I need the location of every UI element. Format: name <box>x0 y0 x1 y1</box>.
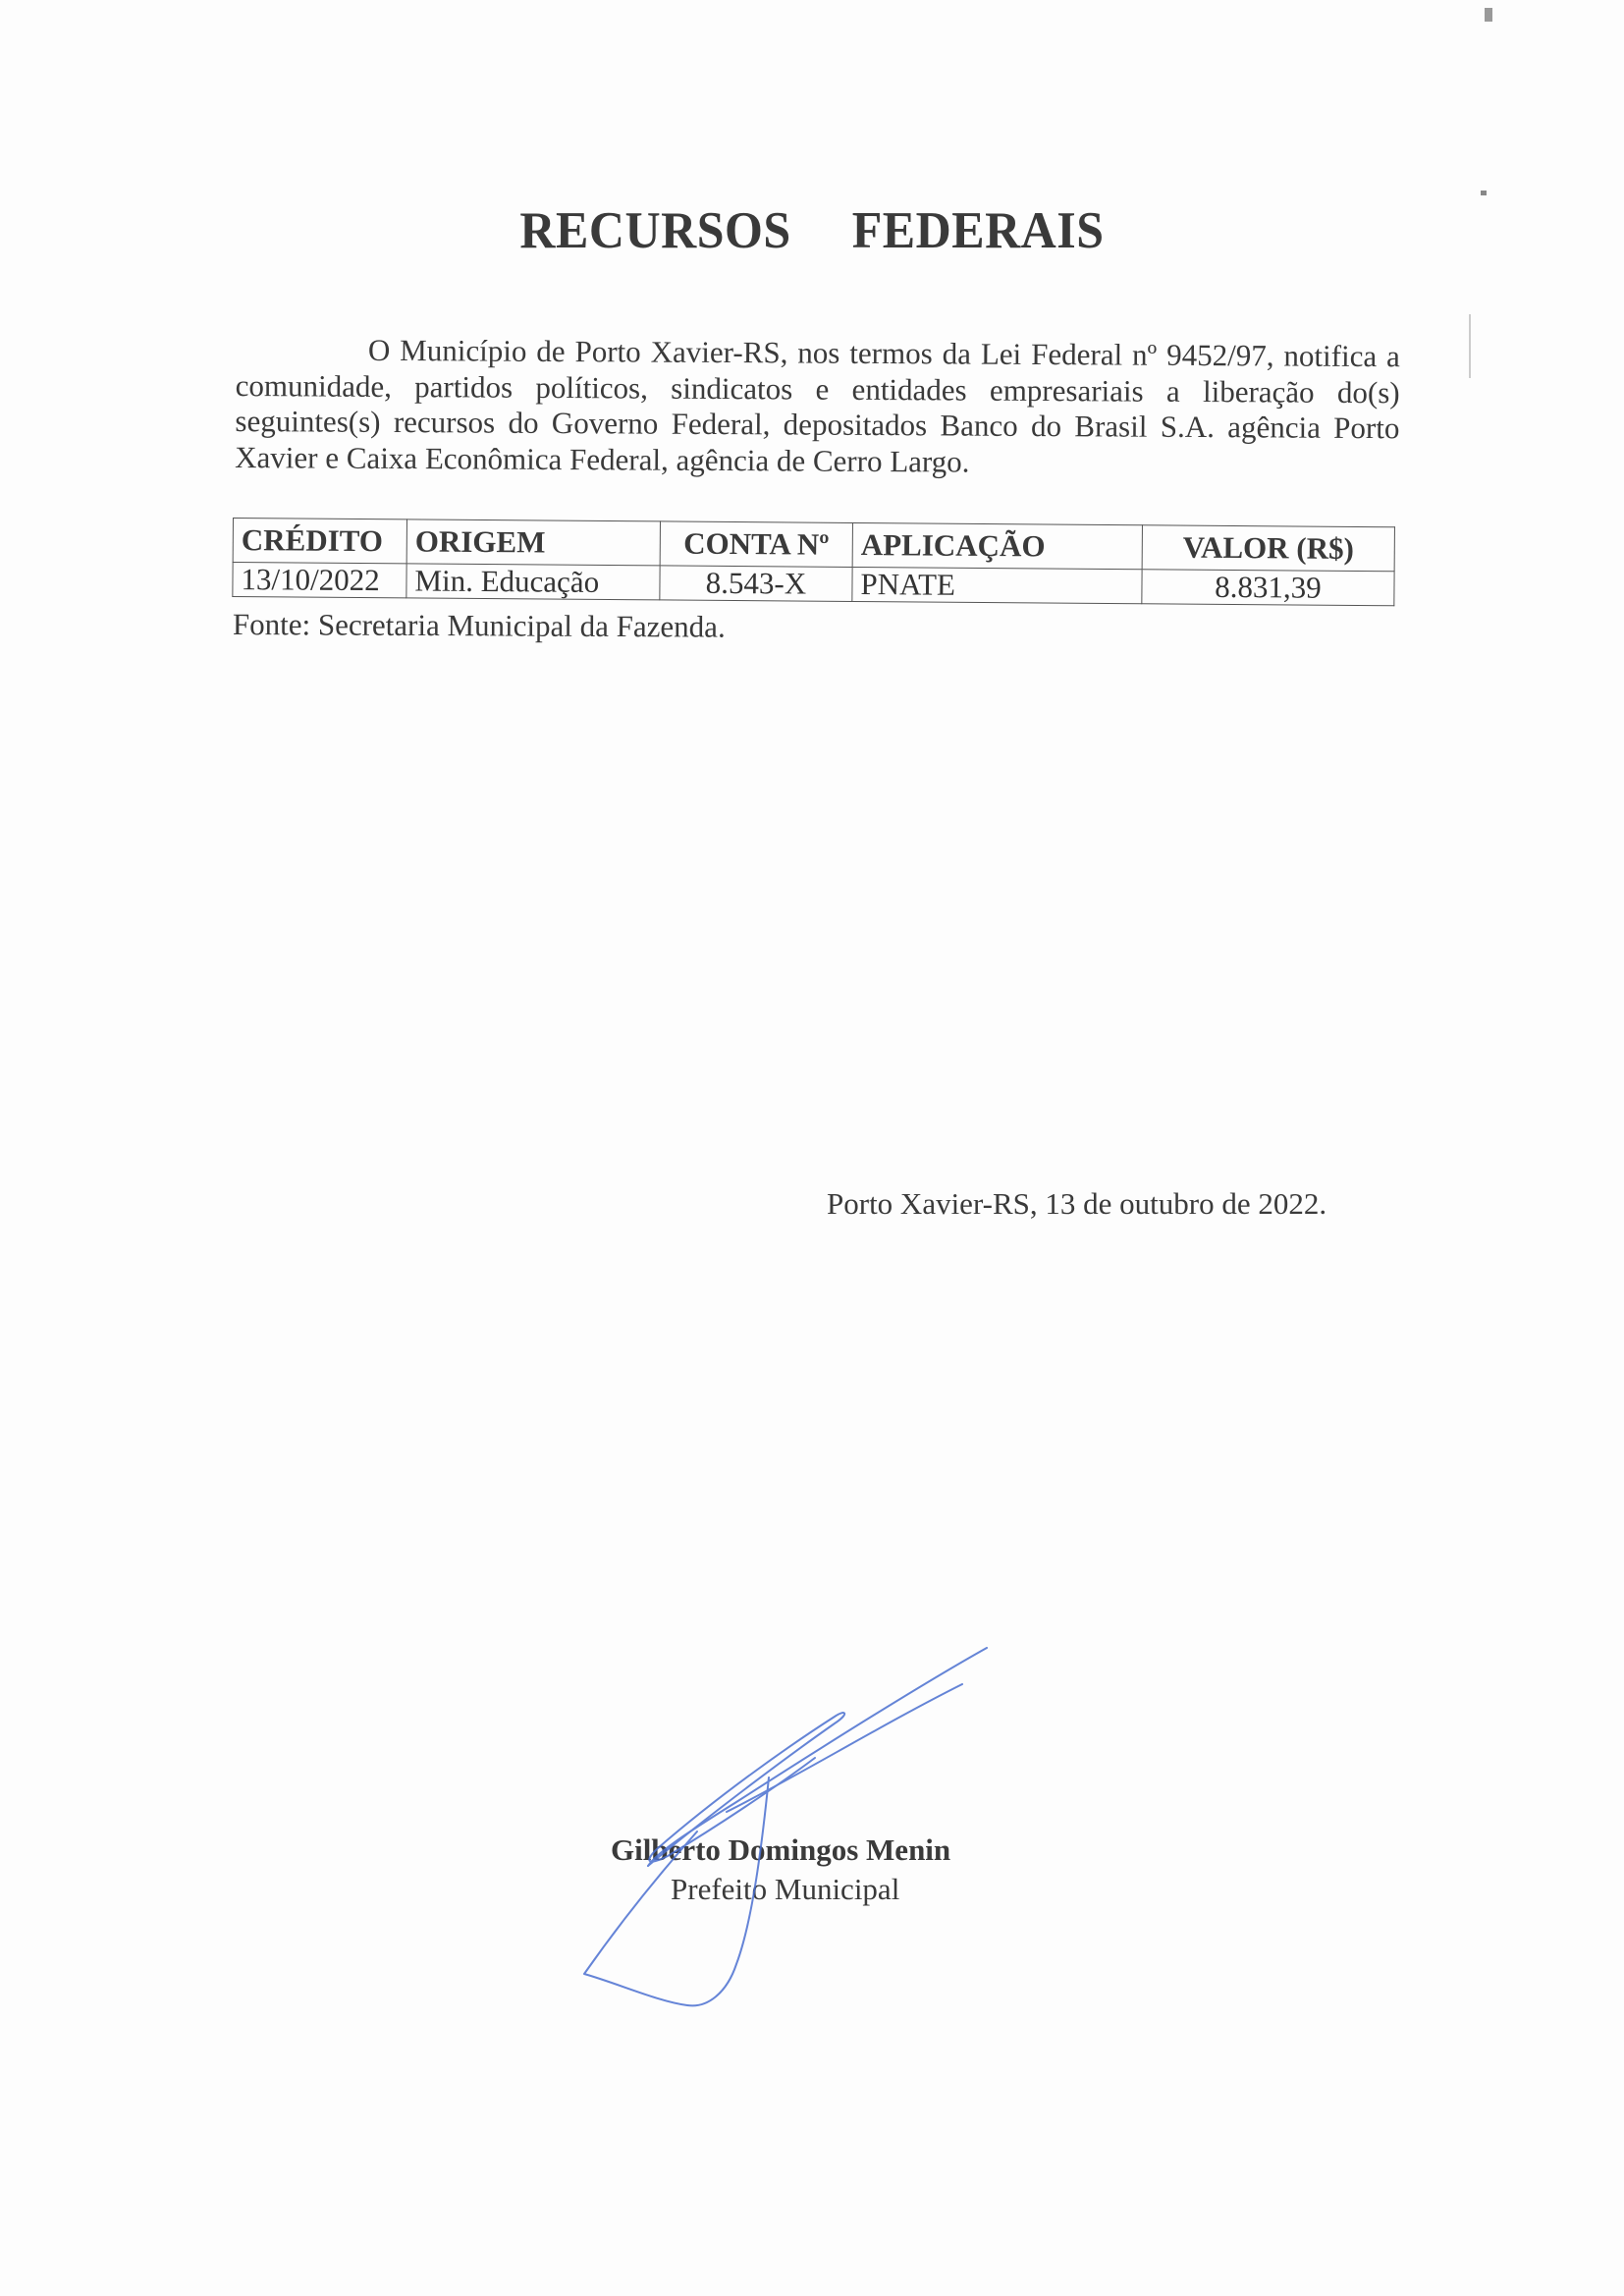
title-word-1: RECURSOS <box>519 200 790 260</box>
document-title: RECURSOSFEDERAIS <box>0 200 1624 260</box>
scan-artifact-mark <box>1481 191 1487 195</box>
handwritten-signature <box>560 1630 1011 2023</box>
header-valor: VALOR (R$) <box>1142 525 1394 572</box>
cell-credito: 13/10/2022 <box>233 563 406 598</box>
source-note: Fonte: Secretaria Municipal da Fazenda. <box>233 607 726 645</box>
table-row: 13/10/2022 Min. Educação 8.543-X PNATE 8… <box>233 563 1394 606</box>
header-credito: CRÉDITO <box>233 519 406 564</box>
scan-artifact-mark <box>1485 8 1492 22</box>
place-date: Porto Xavier-RS, 13 de outubro de 2022. <box>827 1186 1326 1222</box>
title-word-2: FEDERAIS <box>852 200 1105 260</box>
header-origem: ORIGEM <box>406 519 660 566</box>
header-aplicacao: APLICAÇÃO <box>852 522 1142 569</box>
resources-table: CRÉDITO ORIGEM CONTA Nº APLICAÇÃO VALOR … <box>232 518 1394 606</box>
cell-aplicacao: PNATE <box>852 567 1142 603</box>
signatory-role: Prefeito Municipal <box>671 1872 899 1907</box>
notice-paragraph: O Município de Porto Xavier-RS, nos term… <box>235 332 1400 482</box>
cell-conta: 8.543-X <box>660 566 852 602</box>
signatory-name: Gilberto Domingos Menin <box>611 1832 950 1868</box>
scan-artifact-line <box>1469 314 1471 378</box>
cell-valor: 8.831,39 <box>1142 570 1394 606</box>
header-conta: CONTA Nº <box>660 521 852 568</box>
cell-origem: Min. Educação <box>406 564 660 600</box>
